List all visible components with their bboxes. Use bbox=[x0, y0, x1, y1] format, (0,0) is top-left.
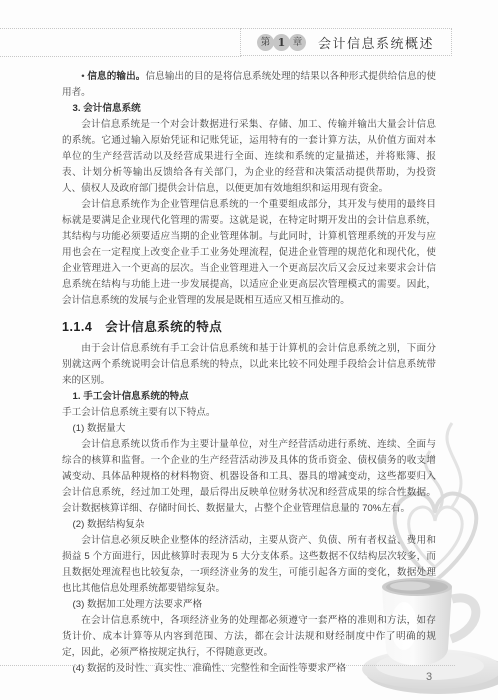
badge-char-zhang: 章 bbox=[289, 34, 306, 51]
book-page: 第 1 章 会计信息系统概述 • 信息的输出。信息输出的目的是将信息系统处理的结… bbox=[0, 0, 498, 700]
paragraph-ais-definition: 会计信息系统是一个对会计数据进行采集、存储、加工、传输并输出大量会计信息的系统。… bbox=[62, 117, 436, 197]
bullet-marker: • bbox=[81, 71, 84, 82]
paragraph-ais-role: 会计信息系统作为企业管理信息系统的一个重要组成部分，其开发与使用的最终目标就是要… bbox=[62, 197, 436, 309]
heading-accounting-information-system: 3. 会计信息系统 bbox=[62, 101, 436, 117]
item3-heading: (3) 数据加工处理方法要求严格 bbox=[62, 597, 436, 613]
paragraph-manual-intro: 手工会计信息系统主要有以下特点。 bbox=[62, 405, 436, 421]
page-content: • 信息的输出。信息输出的目的是将信息系统处理的结果以各种形式提供给信息的使用者… bbox=[62, 69, 436, 677]
paragraph-section-intro: 由于会计信息系统有手工会计信息系统和基于计算机的会计信息系统之别，下面分别就这两… bbox=[62, 341, 436, 389]
section-heading-1-1-4: 1.1.4 会计信息系统的特点 bbox=[62, 318, 436, 336]
item2-text: 会计信息必须反映企业整体的经济活动，主要从资产、负债、所有者权益、费用和损益 5… bbox=[62, 533, 436, 597]
item1-text: 会计信息系统以货币作为主要计量单位，对生产经营活动进行系统、连续、全面与综合的核… bbox=[62, 437, 436, 517]
bullet-lead: 信息的输出。 bbox=[87, 71, 145, 82]
item3-text: 在会计信息系统中，各项经济业务的处理都必须遵守一套严格的准则和方法，如存货计价、… bbox=[62, 613, 436, 661]
footer-rule bbox=[0, 665, 455, 666]
bullet-paragraph-information-output: • 信息的输出。信息输出的目的是将信息系统处理的结果以各种形式提供给信息的使用者… bbox=[62, 69, 436, 101]
item1-heading: (1) 数据量大 bbox=[62, 421, 436, 437]
item2-heading: (2) 数据结构复杂 bbox=[62, 517, 436, 533]
heading-manual-ais-features: 1. 手工会计信息系统的特点 bbox=[62, 389, 436, 405]
header-rule-bottom bbox=[0, 56, 241, 57]
badge-char-1: 1 bbox=[273, 34, 290, 51]
header-rule-top bbox=[0, 28, 241, 29]
chapter-title: 会计信息系统概述 bbox=[318, 33, 434, 52]
badge-char-di: 第 bbox=[257, 34, 274, 51]
item4-heading: (4) 数据的及时性、真实性、准确性、完整性和全面性等要求严格 bbox=[62, 661, 436, 677]
chapter-number-badge: 第 1 章 bbox=[257, 34, 305, 51]
chapter-header: 第 1 章 会计信息系统概述 bbox=[240, 28, 452, 56]
page-number: 3 bbox=[426, 671, 432, 683]
